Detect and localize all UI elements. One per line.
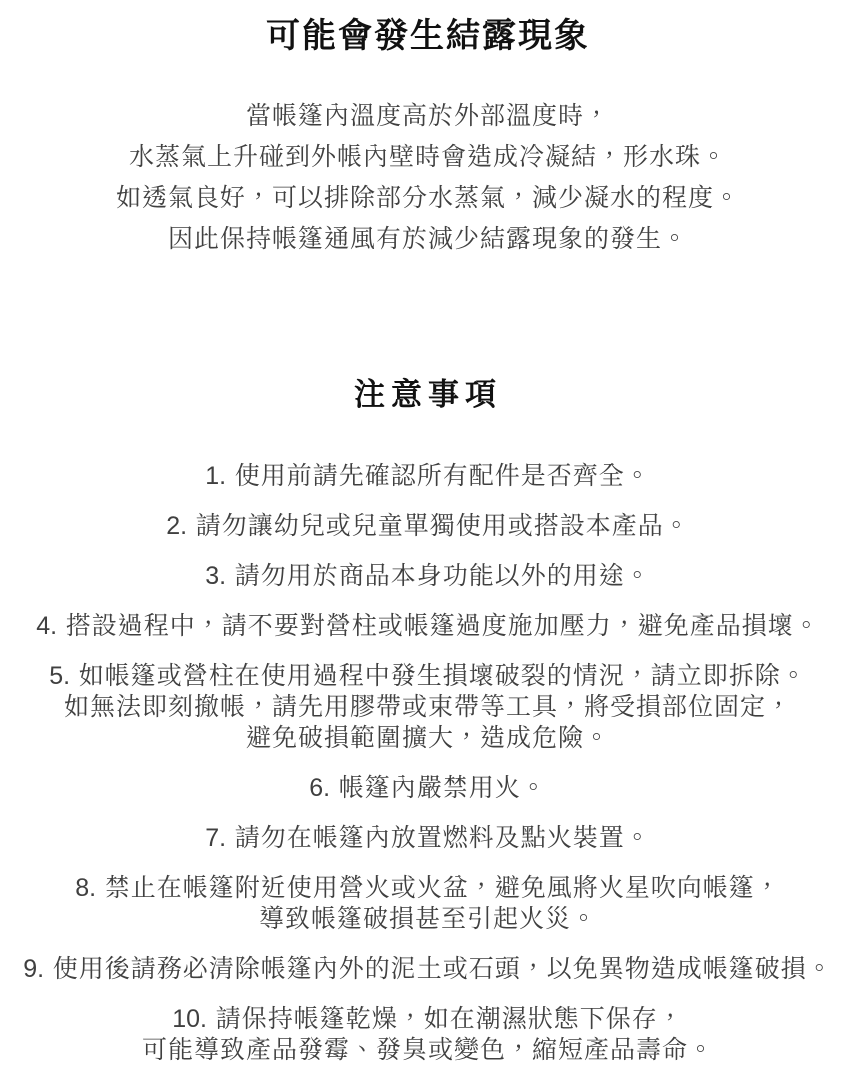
precaution-item: 6.帳篷內嚴禁用火。	[0, 773, 856, 804]
precaution-item-number: 1.	[205, 462, 226, 490]
paragraph-line: 當帳篷內溫度高於外部溫度時，	[0, 96, 856, 137]
precaution-item-number: 2.	[166, 512, 187, 540]
condensation-title: 可能會發生結露現象	[0, 0, 856, 58]
precaution-item-line: 2.請勿讓幼兒或兒童單獨使用或搭設本產品。	[0, 511, 856, 542]
paragraph-line: 如透氣良好，可以排除部分水蒸氣，減少凝水的程度。	[0, 178, 856, 219]
precaution-item-number: 3.	[205, 562, 226, 590]
precaution-item-number: 5.	[49, 662, 70, 690]
precaution-item-text: 禁止在帳篷附近使用營火或火盆，避免風將火星吹向帳篷，	[105, 874, 781, 902]
precaution-item-line: 可能導致產品發霉、發臭或變色，縮短產品壽命。	[0, 1035, 856, 1066]
precaution-item: 2.請勿讓幼兒或兒童單獨使用或搭設本產品。	[0, 511, 856, 542]
precaution-item-text: 請保持帳篷乾燥，如在潮濕狀態下保存，	[216, 1005, 684, 1033]
precaution-item-line: 9.使用後請務必清除帳篷內外的泥土或石頭，以免異物造成帳篷破損。	[0, 954, 856, 985]
precaution-item-number: 9.	[23, 955, 44, 983]
precaution-item-line: 8.禁止在帳篷附近使用營火或火盆，避免風將火星吹向帳篷，	[0, 873, 856, 904]
paragraph-line: 因此保持帳篷通風有於減少結露現象的發生。	[0, 219, 856, 260]
precaution-item-text: 使用後請務必清除帳篷內外的泥土或石頭，以免異物造成帳篷破損。	[53, 955, 833, 983]
precaution-item-text: 請勿讓幼兒或兒童單獨使用或搭設本產品。	[196, 512, 690, 540]
precaution-item-text: 搭設過程中，請不要對營柱或帳篷過度施加壓力，避免產品損壞。	[66, 612, 820, 640]
precautions-title: 注意事項	[0, 374, 856, 416]
precaution-item-line: 4.搭設過程中，請不要對營柱或帳篷過度施加壓力，避免產品損壞。	[0, 611, 856, 642]
precaution-item-line: 如無法即刻撤帳，請先用膠帶或束帶等工具，將受損部位固定，	[0, 692, 856, 723]
precaution-item-number: 8.	[75, 874, 96, 902]
precaution-item-line: 10.請保持帳篷乾燥，如在潮濕狀態下保存，	[0, 1004, 856, 1035]
condensation-paragraph: 當帳篷內溫度高於外部溫度時，水蒸氣上升碰到外帳內壁時會造成冷凝結，形水珠。如透氣…	[0, 96, 856, 260]
precaution-item: 10.請保持帳篷乾燥，如在潮濕狀態下保存，可能導致產品發霉、發臭或變色，縮短產品…	[0, 1004, 856, 1066]
precaution-item-line: 3.請勿用於商品本身功能以外的用途。	[0, 561, 856, 592]
precaution-item-line: 5.如帳篷或營柱在使用過程中發生損壞破裂的情況，請立即拆除。	[0, 661, 856, 692]
precaution-item: 7.請勿在帳篷內放置燃料及點火裝置。	[0, 823, 856, 854]
precaution-item: 8.禁止在帳篷附近使用營火或火盆，避免風將火星吹向帳篷，導致帳篷破損甚至引起火災…	[0, 873, 856, 935]
precaution-item-line: 避免破損範圍擴大，造成危險。	[0, 723, 856, 754]
precaution-item-line: 1.使用前請先確認所有配件是否齊全。	[0, 461, 856, 492]
precaution-item-text: 帳篷內嚴禁用火。	[339, 774, 547, 802]
precaution-item-text: 請勿在帳篷內放置燃料及點火裝置。	[235, 824, 651, 852]
precaution-item-text: 請勿用於商品本身功能以外的用途。	[235, 562, 651, 590]
precaution-item-text: 如帳篷或營柱在使用過程中發生損壞破裂的情況，請立即拆除。	[79, 662, 807, 690]
paragraph-line: 水蒸氣上升碰到外帳內壁時會造成冷凝結，形水珠。	[0, 137, 856, 178]
precaution-item: 9.使用後請務必清除帳篷內外的泥土或石頭，以免異物造成帳篷破損。	[0, 954, 856, 985]
precaution-item: 1.使用前請先確認所有配件是否齊全。	[0, 461, 856, 492]
precaution-item-text: 使用前請先確認所有配件是否齊全。	[235, 462, 651, 490]
precaution-item-number: 10.	[172, 1005, 207, 1033]
precaution-item-line: 導致帳篷破損甚至引起火災。	[0, 904, 856, 935]
precaution-item-number: 6.	[309, 774, 330, 802]
precaution-item: 5.如帳篷或營柱在使用過程中發生損壞破裂的情況，請立即拆除。如無法即刻撤帳，請先…	[0, 661, 856, 754]
precaution-item-line: 6.帳篷內嚴禁用火。	[0, 773, 856, 804]
precaution-item-line: 7.請勿在帳篷內放置燃料及點火裝置。	[0, 823, 856, 854]
precaution-item-number: 4.	[36, 612, 57, 640]
precaution-item: 3.請勿用於商品本身功能以外的用途。	[0, 561, 856, 592]
precaution-item: 4.搭設過程中，請不要對營柱或帳篷過度施加壓力，避免產品損壞。	[0, 611, 856, 642]
manual-page: 可能會發生結露現象 當帳篷內溫度高於外部溫度時，水蒸氣上升碰到外帳內壁時會造成冷…	[0, 0, 856, 1068]
precautions-list: 1.使用前請先確認所有配件是否齊全。2.請勿讓幼兒或兒童單獨使用或搭設本產品。3…	[0, 461, 856, 1066]
precaution-item-number: 7.	[205, 824, 226, 852]
